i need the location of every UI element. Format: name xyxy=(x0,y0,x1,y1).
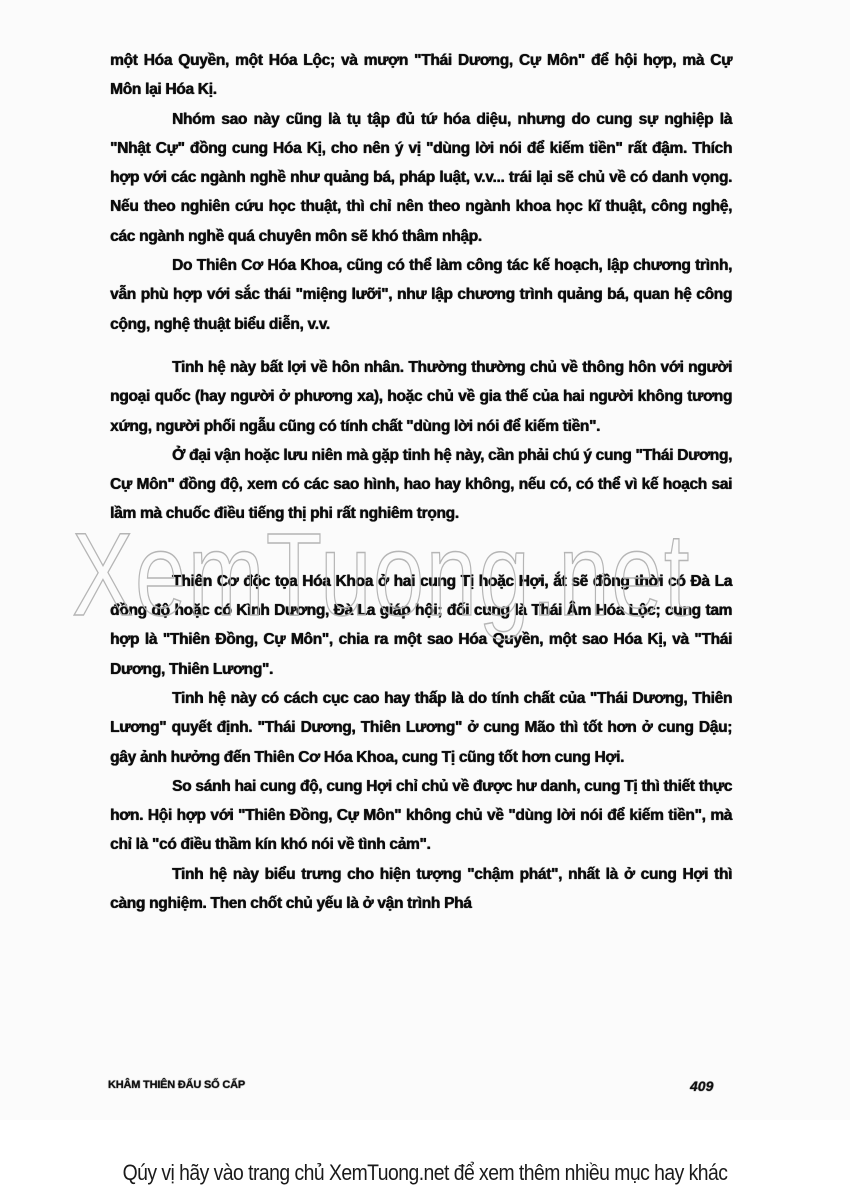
body-text: một Hóa Quyền, một Hóa Lộc; và mượn "Thá… xyxy=(110,46,732,918)
page-number: 409 xyxy=(690,1078,713,1094)
paragraph: một Hóa Quyền, một Hóa Lộc; và mượn "Thá… xyxy=(110,46,732,105)
scanned-page: một Hóa Quyền, một Hóa Lộc; và mượn "Thá… xyxy=(0,0,850,1120)
paragraph: Tinh hệ này biểu trưng cho hiện tượng "c… xyxy=(110,860,732,919)
paragraph: Ở đại vận hoặc lưu niên mà gặp tinh hệ n… xyxy=(110,441,732,529)
site-caption: Qúy vị hãy vào trang chủ XemTuong.net để… xyxy=(51,1160,799,1186)
paragraph: Nhóm sao này cũng là tụ tập đủ tứ hóa di… xyxy=(110,105,732,251)
running-footer-title: Khâm Thiên Đẩu Số Cấp xyxy=(108,1079,245,1091)
paragraph: So sánh hai cung độ, cung Hợi chỉ chủ về… xyxy=(110,772,732,860)
paragraph: Tinh hệ này có cách cục cao hay thấp là … xyxy=(110,684,732,772)
paragraph: Thiên Cơ độc tọa Hóa Khoa ở hai cung Tị … xyxy=(110,567,732,684)
paragraph: Do Thiên Cơ Hóa Khoa, cũng có thể làm cô… xyxy=(110,251,732,339)
paragraph: Tinh hệ này bất lợi về hôn nhân. Thường … xyxy=(110,353,732,441)
